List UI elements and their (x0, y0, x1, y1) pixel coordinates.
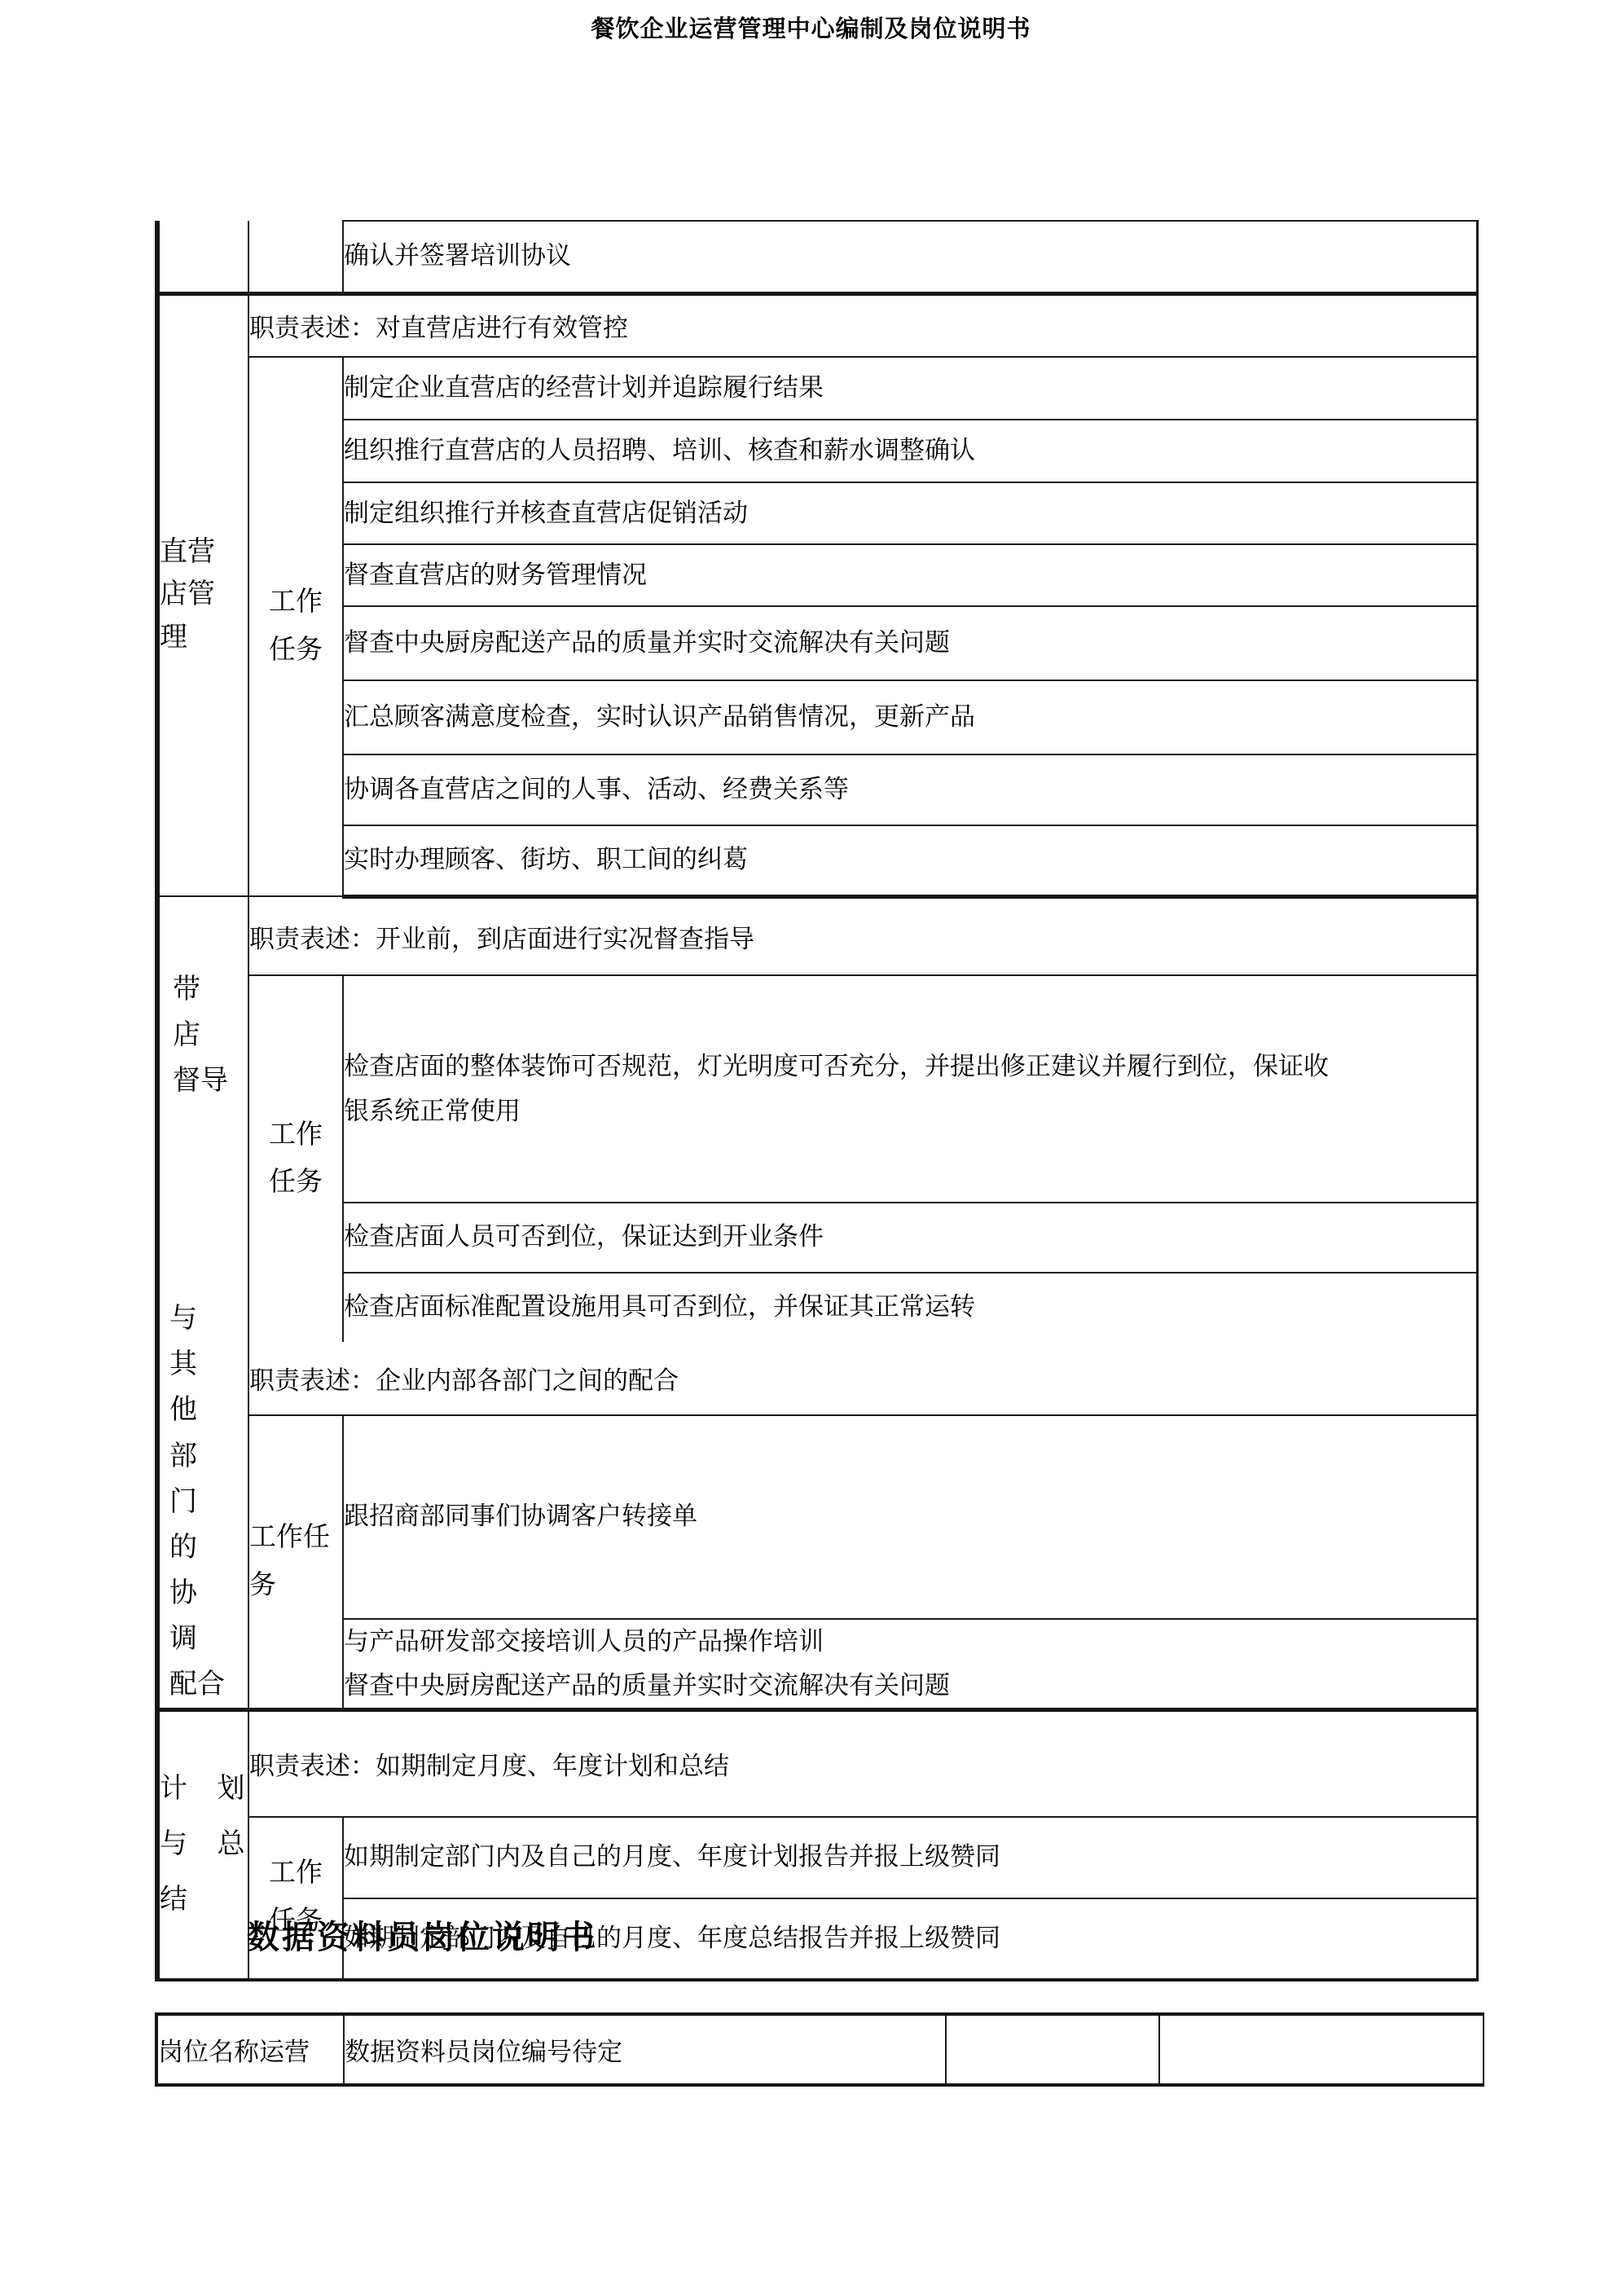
table-row: 检查店面标准配置设施用具可否到位，并保证其正常运转 (157, 1273, 1477, 1342)
table-row: 工作任 务 跟招商部同事们协调客户转接单 (157, 1415, 1477, 1619)
task-cell: 制定组织推行并核查直营店促销活动 (343, 482, 1477, 544)
task-cell: 督查直营店的财务管理情况 (343, 544, 1477, 606)
category-cell: 计 划 与 总 结 (157, 1710, 248, 1980)
table-row: 工作 任务 如期制定部门内及自己的月度、年度计划报告并报上级赞同 (157, 1817, 1477, 1898)
table-row: 直营 店管 理 职责表述：对直营店进行有效管控 (157, 293, 1477, 357)
info-cell-position-code: 数据资料员岗位编号待定 (344, 2014, 946, 2085)
task-cell: 汇总顾客满意度检查，实时认识产品销售情况，更新产品 (343, 680, 1477, 754)
table-row: 工作 任务 制定企业直营店的经营计划并追踪履行结果 (157, 357, 1477, 420)
table-row: 制定组织推行并核查直营店促销活动 (157, 482, 1477, 544)
task-cell: 实时办理顾客、街坊、职工间的纠葛 (343, 825, 1477, 896)
table-row: 带 店 督导 与 其 他 部 门 的 协 调 配合 职责表述：开业前，到店面进行… (157, 896, 1477, 975)
job-description-table: 确认并签署培训协议 直营 店管 理 职责表述：对直营店进行有效管控 工作 任务 … (155, 220, 1479, 1982)
category-label-store-supervision: 带 店 督导 (173, 967, 248, 1104)
duty-cell: 职责表述：企业内部各部门之间的配合 (248, 1342, 1477, 1415)
category-cell: 带 店 督导 与 其 他 部 门 的 协 调 配合 (157, 896, 248, 1710)
task-label-cell: 工作任 务 (248, 1415, 343, 1710)
section-heading: 数据资料员岗位说明书 (247, 1911, 597, 1958)
task-cell: 检查店面人员可否到位，保证达到开业条件 (343, 1203, 1477, 1273)
position-info-table: 岗位名称运营 数据资料员岗位编号待定 (155, 2012, 1484, 2087)
task-label-cell: 工作 任务 (248, 357, 343, 896)
table-row: 组织推行直营店的人员招聘、培训、核查和薪水调整确认 (157, 420, 1477, 482)
duty-cell: 职责表述：对直营店进行有效管控 (248, 293, 1477, 357)
category-label-dept-coordination: 与 其 他 部 门 的 协 调 配合 (169, 1296, 248, 1708)
table-row: 职责表述：企业内部各部门之间的配合 (157, 1342, 1477, 1415)
task-cell: 协调各直营店之间的人事、活动、经费关系等 (343, 754, 1477, 825)
task-cell: 督查中央厨房配送产品的质量并实时交流解决有关问题 (343, 606, 1477, 680)
table-row: 与产品研发部交接培训人员的产品操作培训 督查中央厨房配送产品的质量并实时交流解决… (157, 1619, 1477, 1710)
category-cell-empty (157, 221, 248, 293)
table-row: 检查店面人员可否到位，保证达到开业条件 (157, 1203, 1477, 1273)
table-row: 工作 任务 检查店面的整体装饰可否规范，灯光明度可否充分，并提出修正建议并履行到… (157, 975, 1477, 1203)
table-row: 汇总顾客满意度检查，实时认识产品销售情况，更新产品 (157, 680, 1477, 754)
info-cell-position-name: 岗位名称运营 (156, 2014, 344, 2085)
task-cell: 跟招商部同事们协调客户转接单 (343, 1415, 1477, 1619)
info-cell-empty-2 (1159, 2014, 1484, 2085)
table-row: 督查直营店的财务管理情况 (157, 544, 1477, 606)
table-row: 岗位名称运营 数据资料员岗位编号待定 (156, 2014, 1484, 2085)
task-label-cell: 工作 任务 (248, 975, 343, 1342)
table-row: 实时办理顾客、街坊、职工间的纠葛 (157, 825, 1477, 896)
table-row: 协调各直营店之间的人事、活动、经费关系等 (157, 754, 1477, 825)
task-cell: 制定企业直营店的经营计划并追踪履行结果 (343, 357, 1477, 420)
table-row: 督查中央厨房配送产品的质量并实时交流解决有关问题 (157, 606, 1477, 680)
task-cell: 检查店面标准配置设施用具可否到位，并保证其正常运转 (343, 1273, 1477, 1342)
task-cell: 如期制定部门内及自己的月度、年度计划报告并报上级赞同 (343, 1817, 1477, 1898)
info-cell-empty-1 (946, 2014, 1159, 2085)
document-page: 餐饮企业运营管理中心编制及岗位说明书 确认并签署培训协议 直营 店管 理 职责表… (0, 0, 1622, 2296)
page-title: 餐饮企业运营管理中心编制及岗位说明书 (0, 11, 1622, 44)
category-cell: 直营 店管 理 (157, 293, 248, 896)
duty-cell: 职责表述：如期制定月度、年度计划和总结 (248, 1710, 1477, 1817)
task-cell: 与产品研发部交接培训人员的产品操作培训 督查中央厨房配送产品的质量并实时交流解决… (343, 1619, 1477, 1710)
table-row: 确认并签署培训协议 (157, 221, 1477, 293)
task-cell: 检查店面的整体装饰可否规范，灯光明度可否充分，并提出修正建议并履行到位，保证收 … (343, 975, 1477, 1203)
duty-cell: 职责表述：开业前，到店面进行实况督查指导 (248, 896, 1477, 975)
task-cell: 组织推行直营店的人员招聘、培训、核查和薪水调整确认 (343, 420, 1477, 482)
task-cell: 确认并签署培训协议 (343, 221, 1477, 293)
table-row: 计 划 与 总 结 职责表述：如期制定月度、年度计划和总结 (157, 1710, 1477, 1817)
task-label-cell-empty (248, 221, 343, 293)
